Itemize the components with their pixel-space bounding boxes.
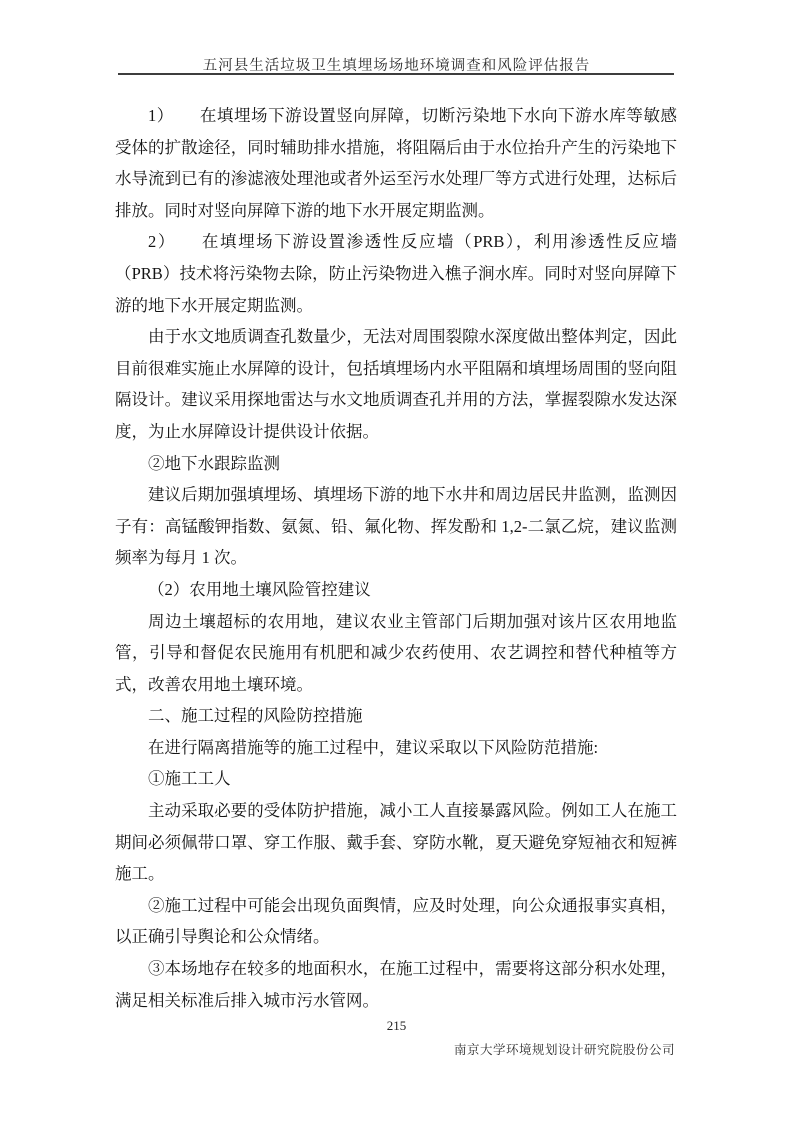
paragraph: ②施工过程中可能会出现负面舆情，应及时处理，向公众通报事实真相，以正确引导舆论和…	[115, 890, 677, 953]
paragraph: 建议后期加强填埋场、填埋场下游的地下水井和周边居民井监测，监测因子有：高锰酸钾指…	[115, 479, 677, 574]
paragraph-subheading: 二、施工过程的风险防控措施	[115, 700, 677, 732]
paragraph-numbered: 1）在填埋场下游设置竖向屏障，切断污染地下水向下游水库等敏感受体的扩散途径，同时…	[115, 100, 677, 226]
paragraph-subheading: ①施工工人	[115, 763, 677, 795]
paragraph-subheading: ②地下水跟踪监测	[115, 448, 677, 480]
footer-company: 南京大学环境规划设计研究院股份公司	[454, 1040, 675, 1058]
report-header-title: 五河县生活垃圾卫生填埋场场地环境调查和风险评估报告	[0, 54, 793, 75]
paragraph-number: 1）	[148, 106, 174, 125]
document-body: 1）在填埋场下游设置竖向屏障，切断污染地下水向下游水库等敏感受体的扩散途径，同时…	[115, 100, 677, 1016]
paragraph: 主动采取必要的受体防护措施，减小工人直接暴露风险。例如工人在施工期间必须佩带口罩…	[115, 795, 677, 890]
paragraph-number: 2）	[148, 232, 176, 251]
paragraph: ③本场地存在较多的地面积水，在施工过程中，需要将这部分积水处理，满足相关标准后排…	[115, 953, 677, 1016]
page-number: 215	[0, 1018, 793, 1034]
paragraph-text: 在填埋场下游设置竖向屏障，切断污染地下水向下游水库等敏感受体的扩散途径，同时辅助…	[115, 106, 677, 220]
paragraph: 由于水文地质调查孔数量少，无法对周围裂隙水深度做出整体判定，因此目前很难实施止水…	[115, 321, 677, 447]
paragraph: 在进行隔离措施等的施工过程中，建议采取以下风险防范措施:	[115, 732, 677, 764]
header-rule	[118, 73, 674, 75]
paragraph: 周边土壤超标的农用地，建议农业主管部门后期加强对该片区农用地监管，引导和督促农民…	[115, 606, 677, 701]
paragraph-numbered: 2）在填埋场下游设置渗透性反应墙（PRB），利用渗透性反应墙（PRB）技术将污染…	[115, 226, 677, 321]
paragraph-text: 在填埋场下游设置渗透性反应墙（PRB），利用渗透性反应墙（PRB）技术将污染物去…	[115, 232, 677, 314]
paragraph-subheading: （2）农用地土壤风险管控建议	[115, 574, 677, 606]
document-page: 五河县生活垃圾卫生填埋场场地环境调查和风险评估报告 1）在填埋场下游设置竖向屏障…	[0, 0, 793, 1122]
